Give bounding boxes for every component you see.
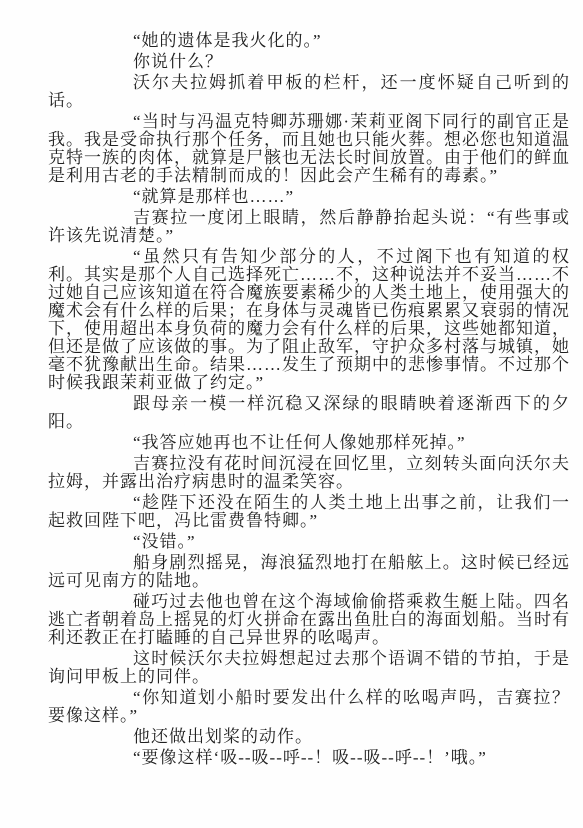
paragraph: 你说什么？: [48, 53, 570, 71]
paragraph: “我答应她再也不让任何人像她那样死掉。”: [48, 434, 570, 452]
paragraph: 他还做出划桨的动作。: [48, 728, 570, 746]
paragraph: “虽然只有告知少部分的人，不过阁下也有知道的权利。其实是那个人自己选择死亡……不…: [48, 248, 570, 392]
paragraph: 这时候沃尔夫拉姆想起过去那个语调不错的节拍，于是询问甲板上的同伴。: [48, 650, 570, 686]
paragraph: “当时与冯温克特卿苏珊娜·茉莉亚阁下同行的副官正是我。我是受命执行那个任务，而且…: [48, 113, 570, 185]
paragraph: “没错。”: [48, 533, 570, 551]
paragraph: 船身剧烈摇晃，海浪猛烈地打在船舷上。这时候已经远远可见南方的陆地。: [48, 554, 570, 590]
paragraph: 吉赛拉没有花时间沉浸在回忆里，立刻转头面向沃尔夫拉姆，并露出治疗病患时的温柔笑容…: [48, 455, 570, 491]
paragraph: 跟母亲一模一样沉稳又深绿的眼睛映着逐渐西下的夕阳。: [48, 395, 570, 431]
paragraph: 碰巧过去他也曾在这个海域偷偷搭乘救生艇上陆。四名逃亡者朝着岛上摇晃的灯火拼命在露…: [48, 593, 570, 647]
paragraph: “她的遗体是我火化的。”: [48, 32, 570, 50]
paragraph: “你知道划小船时要发出什么样的吆喝声吗，吉赛拉？要像这样。”: [48, 689, 570, 725]
paragraph: “要像这样‘吸--吸--呼--！吸--吸--呼--！’哦。”: [48, 749, 570, 767]
novel-page: “她的遗体是我火化的。” 你说什么？ 沃尔夫拉姆抓着甲板的栏杆，还一度怀疑自己听…: [0, 0, 583, 828]
paragraph: 沃尔夫拉姆抓着甲板的栏杆，还一度怀疑自己听到的话。: [48, 74, 570, 110]
paragraph: “就算是那样也……”: [48, 188, 570, 206]
paragraph: “趁陛下还没在陌生的人类土地上出事之前，让我们一起救回陛下吧，冯比雷费鲁特卿。”: [48, 494, 570, 530]
paragraph: 吉赛拉一度闭上眼睛，然后静静抬起头说：“有些事或许该先说清楚。”: [48, 209, 570, 245]
text-content: “她的遗体是我火化的。” 你说什么？ 沃尔夫拉姆抓着甲板的栏杆，还一度怀疑自己听…: [48, 32, 570, 767]
